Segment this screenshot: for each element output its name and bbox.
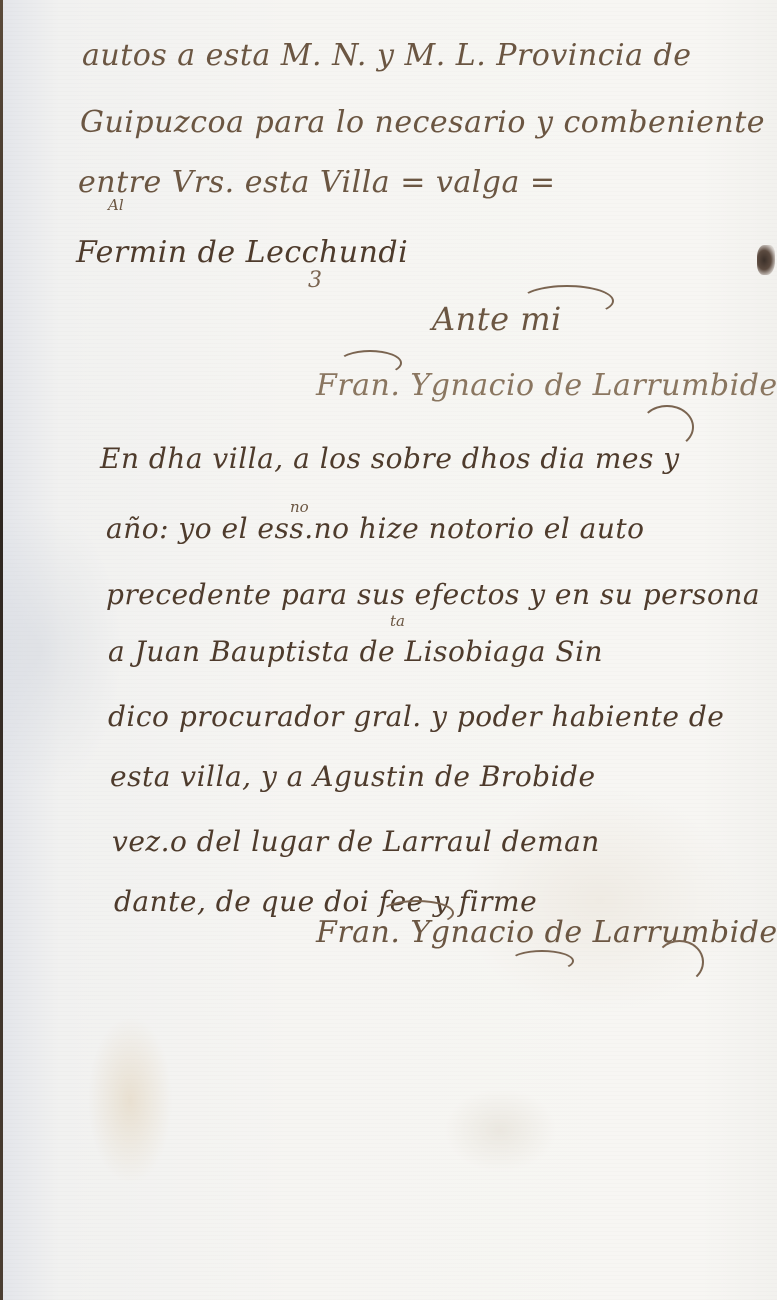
paper-damage-spot xyxy=(757,245,775,275)
text-line: entre Vrs. esta Villa = valga = xyxy=(78,165,556,200)
text-line: vez.o del lugar de Larraul deman xyxy=(112,825,600,858)
binding-edge xyxy=(0,0,3,1300)
text-line: Guipuzcoa para lo necesario y combenient… xyxy=(80,105,765,140)
flourish-decoration xyxy=(338,350,402,376)
text-line: dico procurador gral. y poder habiente d… xyxy=(108,700,724,733)
text-line: En dha villa, a los sobre dhos dia mes y xyxy=(100,442,680,475)
superscript: Al xyxy=(108,196,124,214)
flourish-decoration xyxy=(380,900,454,926)
manuscript-page: autos a esta M. N. y M. L. Provincia de … xyxy=(0,0,777,1300)
flourish-decoration xyxy=(510,950,574,972)
text-line: a Juan Bauptista de Lisobiaga Sin xyxy=(108,635,603,668)
text-line: dante, de que doi fee y firme xyxy=(114,885,537,918)
flourish-decoration xyxy=(655,940,704,984)
text-line: esta villa, y a Agustin de Brobide xyxy=(110,760,596,793)
text-line: año: yo el ess.no hize notorio el auto xyxy=(106,512,645,545)
signature-larrumbide-2: Fran. Ygnacio de Larrumbide xyxy=(316,915,777,950)
rubric-mark: 3 xyxy=(308,268,322,293)
superscript: ta xyxy=(390,612,405,630)
signature-fermin: Fermin de Lecchundi xyxy=(76,235,408,270)
text-line: precedente para sus efectos y en su pers… xyxy=(106,578,760,611)
flourish-decoration xyxy=(520,285,614,317)
text-line: autos a esta M. N. y M. L. Provincia de xyxy=(82,38,692,73)
